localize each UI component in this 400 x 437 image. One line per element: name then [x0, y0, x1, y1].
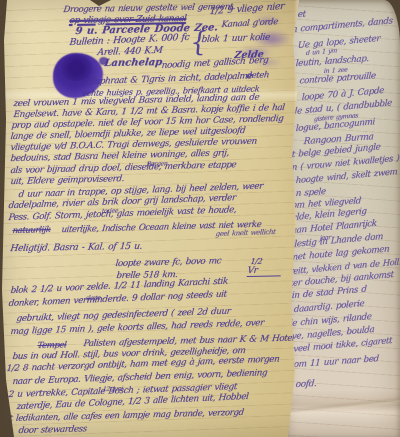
left-page: { Droogere na nieuw gestelte wel gemeent…	[0, 0, 300, 437]
handwriting-line: logue, bancogunmi	[295, 117, 375, 134]
handwriting-line: n spele	[295, 187, 326, 199]
handwriting-line: 1/2	[250, 257, 263, 266]
handwriting-line: '. controle patrouille	[291, 71, 376, 87]
handwriting-line: Arell. 440 K.M	[97, 45, 163, 58]
handwriting-line: n compartiments, dands	[291, 16, 392, 35]
handwriting-line: Lanchelap	[104, 57, 163, 69]
handwriting-line: Vr	[247, 265, 282, 277]
diary-photo: etn compartiments, dandsUe ga lope, shee…	[0, 0, 400, 437]
handwriting-line: natuurlijk	[12, 225, 51, 236]
paper-crease	[282, 397, 400, 415]
handwriting-line: uit, Eldere geimproviseerd.	[10, 174, 125, 187]
handwriting-line: noodig met gallisch berg	[161, 55, 269, 71]
handwriting-line: oofd.	[295, 379, 317, 390]
handwriting-line: geel knelt wellicht	[215, 228, 276, 238]
handwriting-line: om 11 uur naar bed	[293, 354, 379, 370]
handwriting-line: Ue ga lope, sheeter	[297, 34, 380, 51]
right-page: etn compartiments, dandsUe ga lope, shee…	[280, 0, 400, 437]
handwriting-line: door stewardess	[18, 424, 87, 436]
handwriting-line: Heligtijd. Basra - Kal. of 15 u.	[10, 241, 143, 254]
handwriting-line: et	[297, 9, 306, 20]
handwriting-line: loopte zware fc, bovo mc	[115, 256, 222, 269]
handwriting-line: Tempel	[37, 340, 67, 351]
